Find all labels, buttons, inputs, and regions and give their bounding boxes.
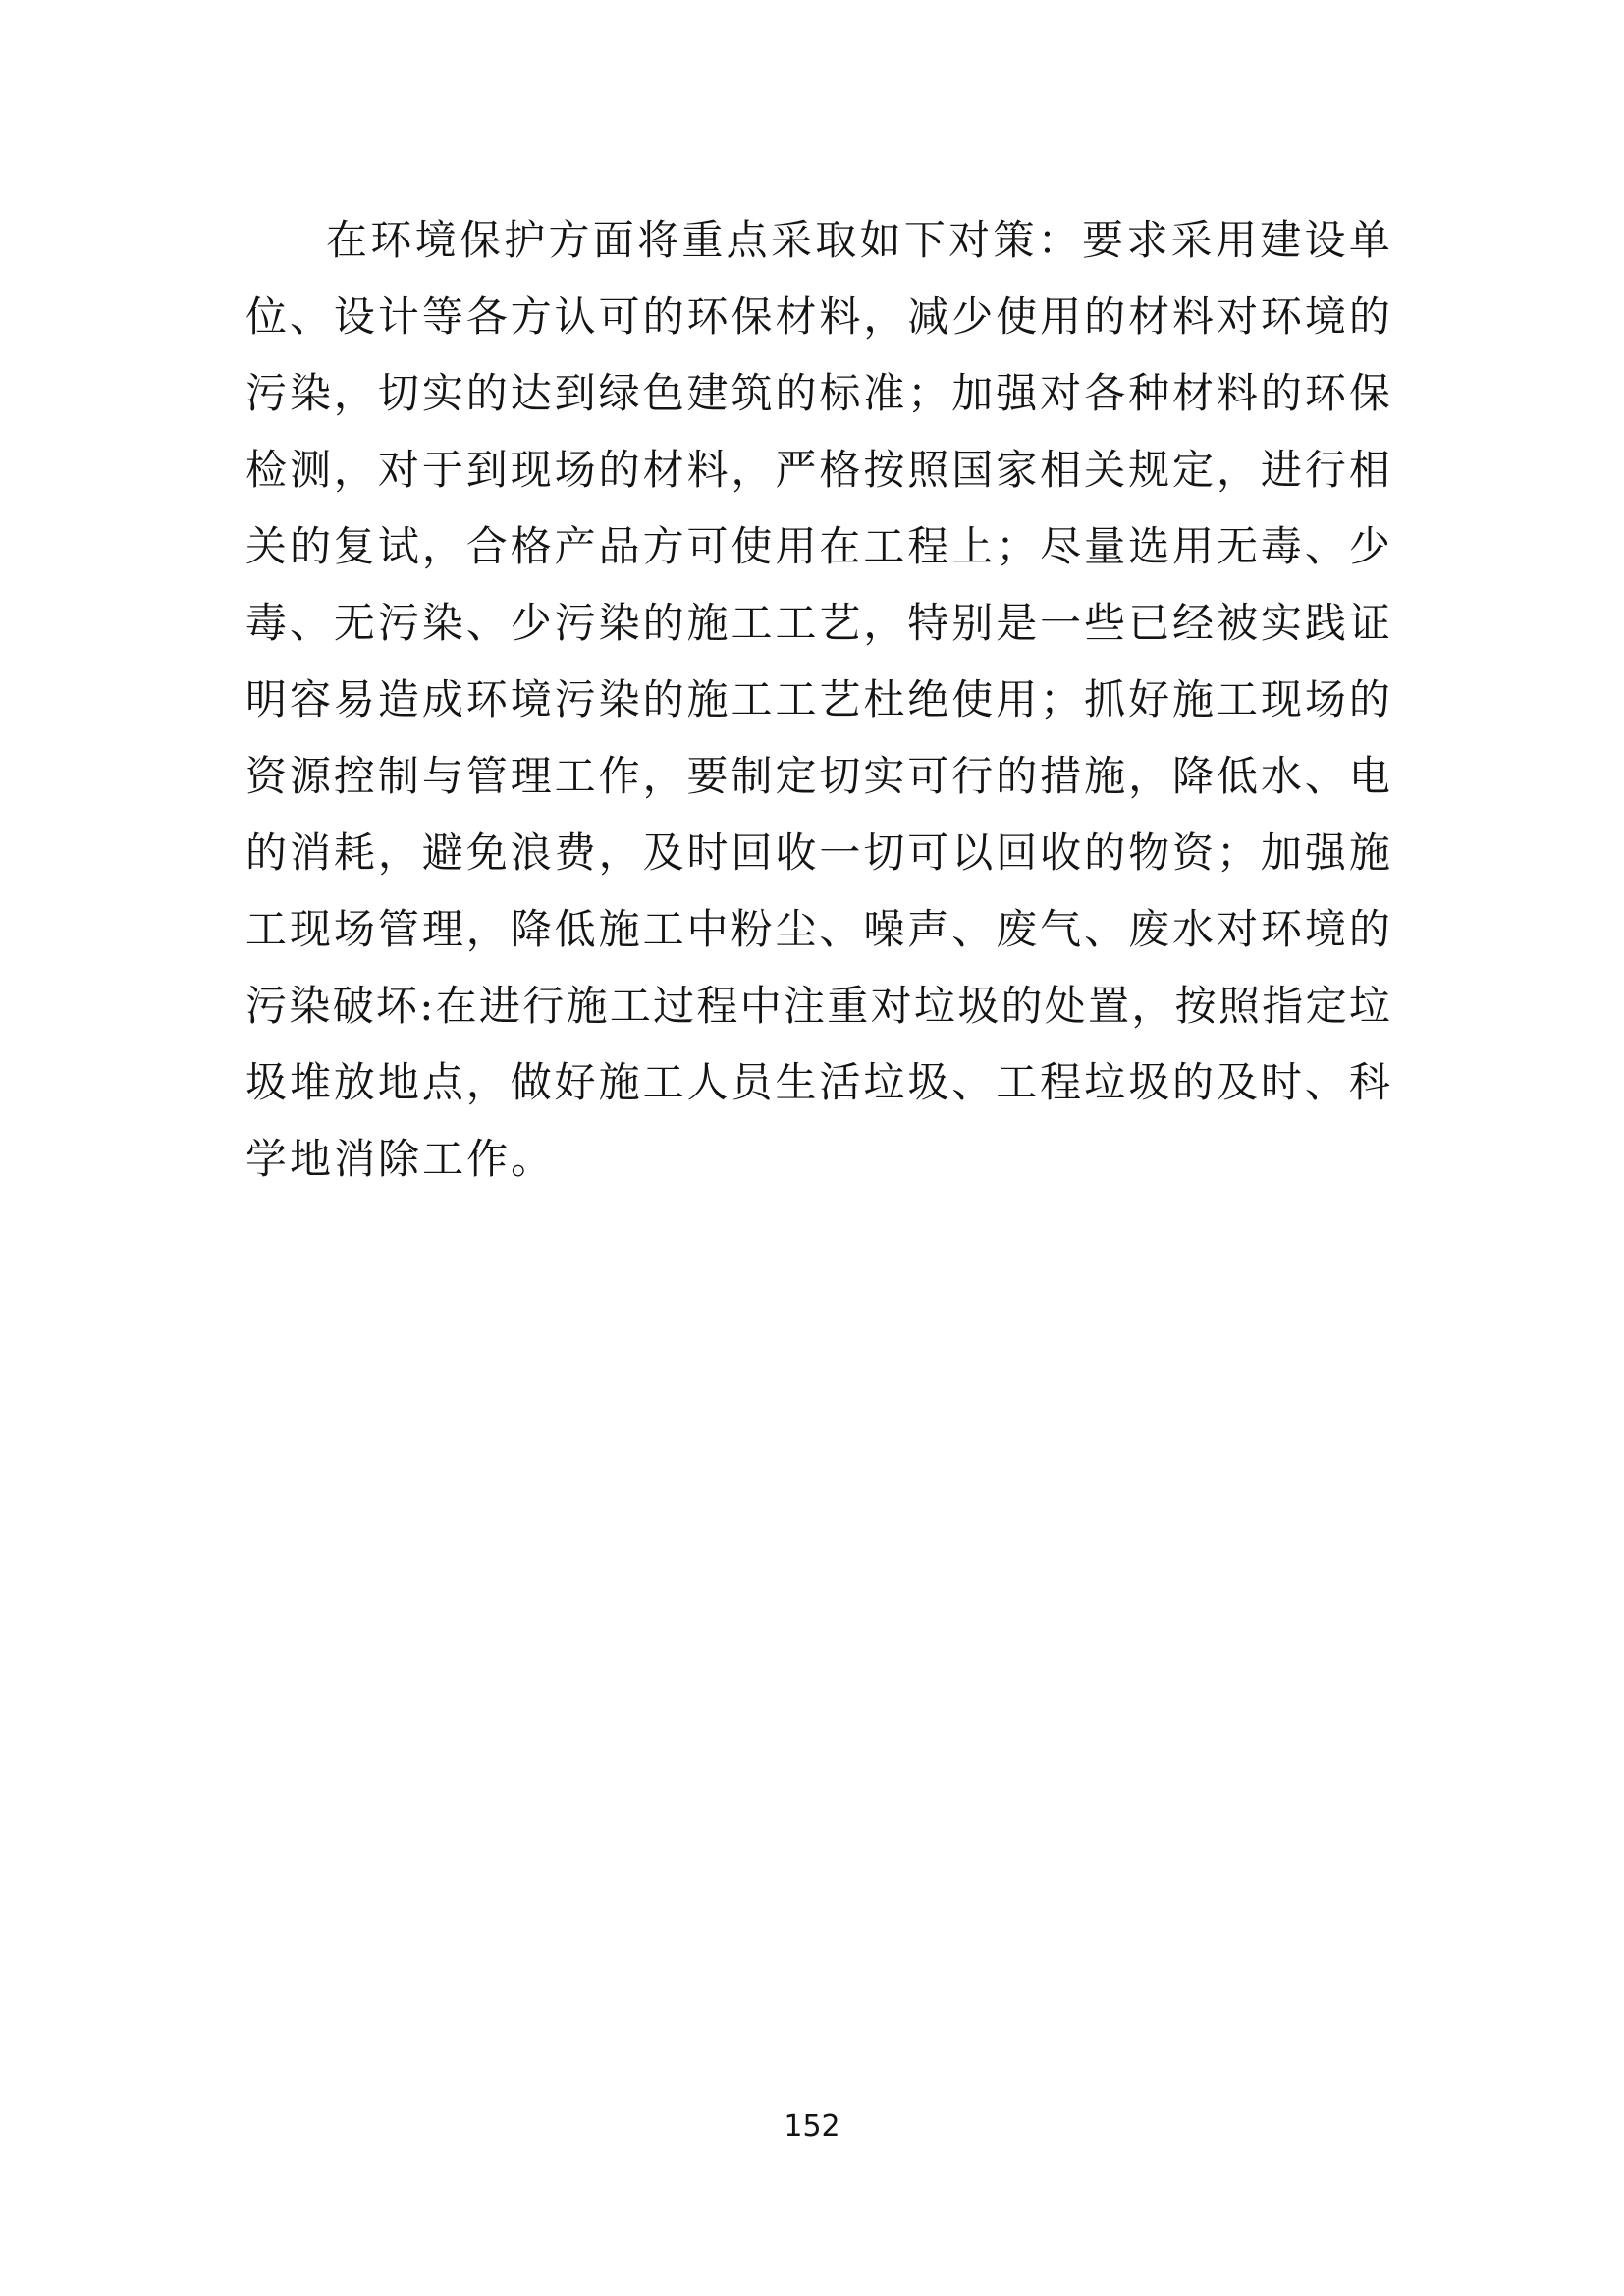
document-page: 在环境保护方面将重点采取如下对策：要求采用建设单位、设计等各方认可的环保材料，减… [0,0,1624,2296]
paragraph-line: 的消耗，避免浪费，及时回收一切可以回收的物资；加强施 [245,815,1390,891]
paragraph-line: 关的复试，合格产品方可使用在工程上；尽量选用无毒、少 [245,508,1390,585]
paragraph-line: 检测，对于到现场的材料，严格按照国家相关规定，进行相 [245,432,1390,508]
paragraph-line: 毒、无污染、少污染的施工工艺，特别是一些已经被实践证 [245,585,1390,662]
paragraph-line: 污染，切实的达到绿色建筑的标准；加强对各种材料的环保 [245,355,1390,432]
paragraph-line: 位、设计等各方认可的环保材料，减少使用的材料对环境的 [245,279,1390,355]
paragraph-line: 圾堆放地点，做好施工人员生活垃圾、工程垃圾的及时、科 [245,1044,1390,1121]
paragraph-line: 在环境保护方面将重点采取如下对策：要求采用建设单 [245,202,1390,279]
paragraph-line: 工现场管理，降低施工中粉尘、噪声、废气、废水对环境的 [245,891,1390,968]
paragraph-line: 污染破坏:在进行施工过程中注重对垃圾的处置，按照指定垃 [245,968,1390,1044]
paragraph: 在环境保护方面将重点采取如下对策：要求采用建设单位、设计等各方认可的环保材料，减… [245,202,1390,1198]
paragraph-line: 学地消除工作。 [245,1121,1390,1198]
paragraph-line: 明容易造成环境污染的施工工艺杜绝使用；抓好施工现场的 [245,662,1390,738]
page-number: 152 [0,2110,1624,2144]
paragraph-line: 资源控制与管理工作，要制定切实可行的措施，降低水、电 [245,738,1390,815]
